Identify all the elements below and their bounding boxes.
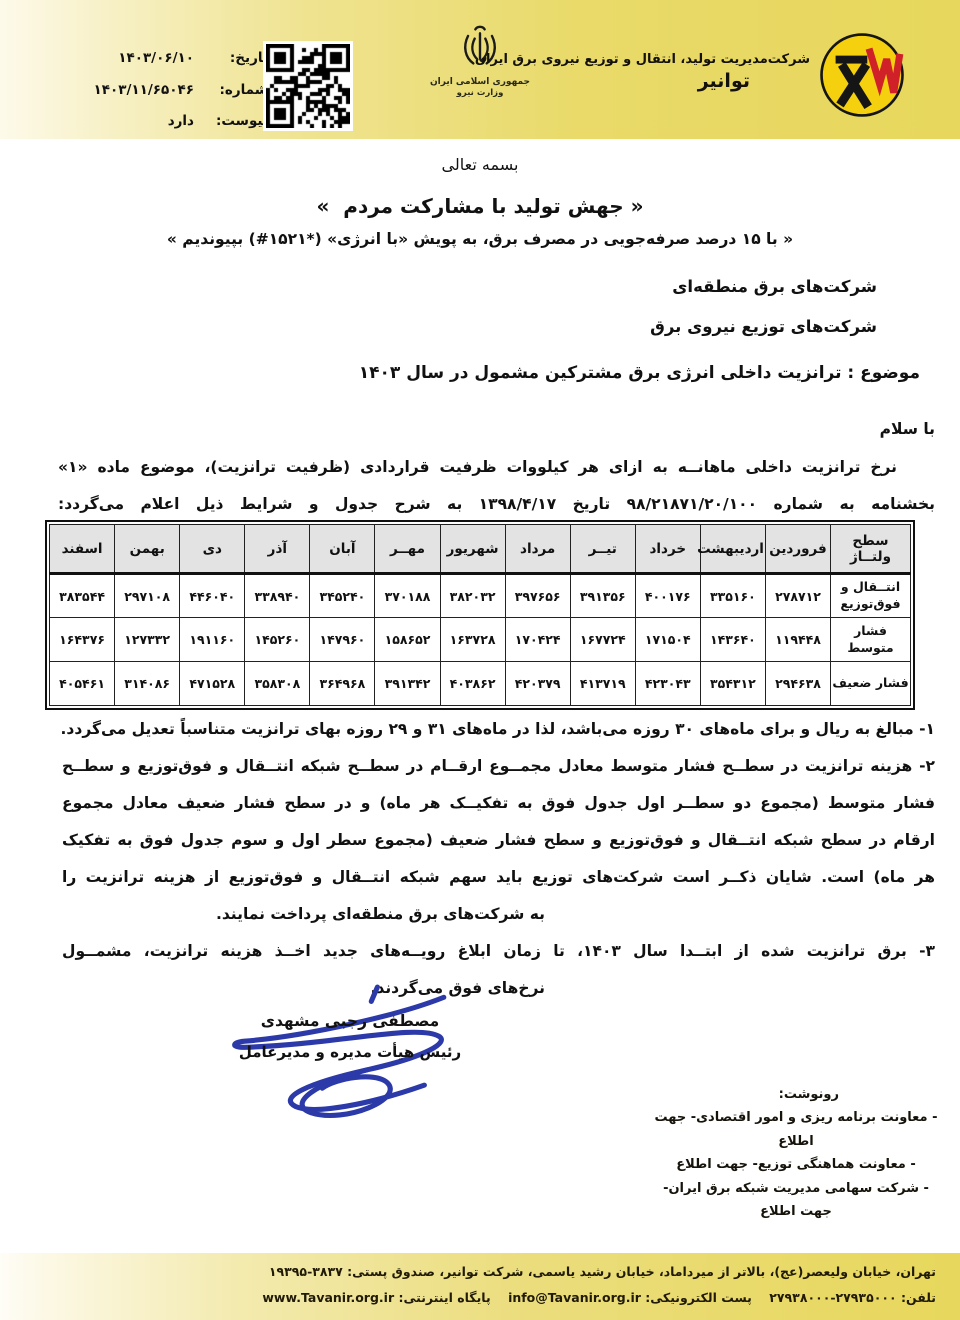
footer-address: تهران، خیابان ولیعصر(عج)، بالاتر از میرد…: [269, 1264, 936, 1279]
table-header-row: سطح ولتــاژفروردیناردیبهشتخردادتیــرمردا…: [50, 525, 911, 574]
rate-table: سطح ولتــاژفروردیناردیبهشتخردادتیــرمردا…: [49, 524, 911, 706]
rate-cell: ۱۲۷۳۳۲: [115, 618, 180, 662]
rate-cell: ۴۰۰۱۷۶: [635, 574, 700, 618]
row-label-3: فشار ضعیف: [831, 662, 911, 706]
notes-section: ۱- مبالغ به ریال و برای ماه‌های ۳۰ روزه …: [62, 711, 935, 1007]
month-header-8: آبان: [310, 525, 375, 574]
note-2-line-1: ۲- هزینه ترانزیت در سطــح فشار متوسط معا…: [62, 748, 935, 785]
rate-cell: ۳۵۴۳۱۲: [700, 662, 765, 706]
month-header-3: خرداد: [635, 525, 700, 574]
attachment-value: دارد: [168, 113, 194, 129]
rate-cell: ۱۱۹۴۴۸: [765, 618, 830, 662]
table-corner-header: سطح ولتــاژ: [831, 525, 911, 574]
month-header-12: اسفند: [50, 525, 115, 574]
rate-cell: ۱۶۴۳۷۶: [50, 618, 115, 662]
number-value: ۱۴۰۳/۱۱/۶۵۰۴۶: [94, 82, 195, 98]
rate-cell: ۳۱۴۰۸۶: [115, 662, 180, 706]
month-header-2: اردیبهشت: [700, 525, 765, 574]
meta-attachment-row: پیوست: دارد: [40, 113, 268, 139]
rate-cell: ۳۹۱۳۴۲: [375, 662, 440, 706]
footer-band: تهران، خیابان ولیعصر(عج)، بالاتر از میرد…: [0, 1253, 960, 1320]
greeting: با سلام: [880, 420, 935, 438]
footer-contacts: تلفن: ۲۷۹۳۵۰۰۰-۲۷۹۳۸۰۰۰ پست الکترونیکی: …: [262, 1290, 936, 1305]
rate-cell: ۴۲۰۳۷۹: [505, 662, 570, 706]
row-label-2: فشار متوسط: [831, 618, 911, 662]
rate-table-wrapper: سطح ولتــاژفروردیناردیبهشتخردادتیــرمردا…: [45, 520, 915, 710]
letter-page: { "letterhead": { "date_label": "تاریخ:"…: [0, 0, 960, 1320]
rate-cell: ۳۸۳۵۴۴: [50, 574, 115, 618]
cc-item-2: - معاونت هماهنگی توزیع- جهت اطلاع: [653, 1153, 939, 1177]
rate-cell: ۳۹۱۳۵۶: [570, 574, 635, 618]
rate-cell: ۴۰۵۴۶۱: [50, 662, 115, 706]
signature-block: مصطفی رجبی مشهدی رئیس هیأت مدیره و مدیرع…: [200, 1012, 500, 1061]
slogan-main: « جهش تولید با مشارکت مردم »: [0, 194, 960, 218]
month-header-4: تیــر: [570, 525, 635, 574]
cc-item-3: - شرکت سهامی مدیریت شبکه برق ایران- جهت …: [653, 1177, 939, 1224]
meta-date-row: تاریخ: ۱۴۰۳/۰۶/۱۰: [40, 50, 268, 76]
qr-code: [263, 41, 353, 131]
rate-cell: ۱۵۸۶۵۲: [375, 618, 440, 662]
bismillah: بسمه تعالی: [0, 155, 960, 174]
tavanir-logo: [818, 31, 906, 119]
rate-cell: ۱۷۱۵۰۴: [635, 618, 700, 662]
rate-cell: ۱۷۰۴۲۴: [505, 618, 570, 662]
rate-cell: ۳۴۵۲۴۰: [310, 574, 375, 618]
note-2-line-4: هر ماه) است. شایان ذکــر است شرکت‌های تو…: [62, 859, 935, 896]
rate-cell: ۱۹۱۱۶۰: [180, 618, 245, 662]
qr-code-canvas: [266, 44, 350, 128]
month-header-7: مهــر: [375, 525, 440, 574]
month-header-11: بهمن: [115, 525, 180, 574]
table-row: فشار ضعیف۲۹۴۶۳۸۳۵۴۳۱۲۴۲۳۰۴۳۴۱۳۷۱۹۴۲۰۳۷۹۴…: [50, 662, 911, 706]
company-name-block: شرکت‌مدیریت تولید، انتقال و توزیع نیروی …: [475, 52, 810, 92]
cc-label: رونوشت:: [653, 1084, 939, 1106]
rate-cell: ۱۶۳۷۲۸: [440, 618, 505, 662]
attachment-label: پیوست:: [216, 113, 268, 129]
intro-paragraph: نرخ ترانزیت داخلی ماهانــه به ازای هر کی…: [58, 449, 935, 523]
addressee-distribution-companies: شرکت‌های توزیع نیروی برق: [650, 317, 877, 336]
date-value: ۱۴۰۳/۰۶/۱۰: [118, 50, 194, 66]
note-2-line-5: به شرکت‌های برق منطقه‌ای پرداخت نمایند.: [62, 896, 545, 933]
rate-cell: ۴۱۳۷۱۹: [570, 662, 635, 706]
table-row: فشار متوسط۱۱۹۴۴۸۱۴۳۶۴۰۱۷۱۵۰۴۱۶۷۷۲۴۱۷۰۴۲۴…: [50, 618, 911, 662]
rate-cell: ۲۷۸۷۱۲: [765, 574, 830, 618]
subject-line: موضوع : ترانزیت داخلی انرژی برق مشترکین …: [359, 363, 920, 383]
rate-cell: ۴۲۳۰۴۳: [635, 662, 700, 706]
rate-cell: ۴۷۱۵۲۸: [180, 662, 245, 706]
table-row: انتــقال و فوق‌توزیع۲۷۸۷۱۲۳۳۵۱۶۰۴۰۰۱۷۶۳۹…: [50, 574, 911, 618]
addressee-regional-companies: شرکت‌های برق منطقه‌ای: [672, 277, 877, 296]
note-2-line-3: ارقام در سطح شبکه انتــقال و فوق‌توزیع و…: [62, 822, 935, 859]
rate-cell: ۴۴۶۰۴۰: [180, 574, 245, 618]
month-header-1: فروردین: [765, 525, 830, 574]
rate-cell: ۱۴۷۹۶۰: [310, 618, 375, 662]
month-header-6: شهریور: [440, 525, 505, 574]
intro-line-1: نرخ ترانزیت داخلی ماهانــه به ازای هر کی…: [58, 449, 897, 486]
cc-item-1: - معاونت برنامه ریزی و امور اقتصادی- جهت…: [653, 1106, 939, 1153]
note-3-line-1: ۳- برق ترانزیت شده از ابتــدا سال ۱۴۰۳، …: [62, 933, 935, 970]
month-header-5: مرداد: [505, 525, 570, 574]
rate-cell: ۴۰۳۸۶۲: [440, 662, 505, 706]
rate-cell: ۱۴۳۶۴۰: [700, 618, 765, 662]
rate-cell: ۳۸۲۰۳۲: [440, 574, 505, 618]
rate-cell: ۳۹۷۶۵۶: [505, 574, 570, 618]
signatory-name: مصطفی رجبی مشهدی: [200, 1012, 500, 1030]
rate-cell: ۳۵۸۳۰۸: [245, 662, 310, 706]
company-short-name: توانیر: [475, 70, 810, 92]
rate-cell: ۳۷۰۱۸۸: [375, 574, 440, 618]
slogan-sub: « با ۱۵ درصد صرفه‌جویی در مصرف برق، به پ…: [0, 230, 960, 248]
cc-items: - معاونت برنامه ریزی و امور اقتصادی- جهت…: [653, 1106, 939, 1224]
rate-cell: ۳۳۵۱۶۰: [700, 574, 765, 618]
note-2-line-2: فشار متوسط (مجموع دو سطــر اول جدول فوق …: [62, 785, 935, 822]
month-header-10: دی: [180, 525, 245, 574]
month-header-9: آذر: [245, 525, 310, 574]
rate-cell: ۲۹۴۶۳۸: [765, 662, 830, 706]
meta-number-row: شماره: ۱۴۰۳/۱۱/۶۵۰۴۶: [40, 82, 268, 108]
rate-cell: ۱۶۷۷۲۴: [570, 618, 635, 662]
signatory-title: رئیس هیأت مدیره و مدیرعامل: [200, 1043, 500, 1061]
company-name: شرکت‌مدیریت تولید، انتقال و توزیع نیروی …: [475, 52, 810, 67]
row-label-1: انتــقال و فوق‌توزیع: [831, 574, 911, 618]
rate-cell: ۳۶۴۹۶۸: [310, 662, 375, 706]
letterhead-band: تاریخ: ۱۴۰۳/۰۶/۱۰ شماره: ۱۴۰۳/۱۱/۶۵۰۴۶ پ…: [0, 0, 960, 139]
note-1-line-1: ۱- مبالغ به ریال و برای ماه‌های ۳۰ روزه …: [62, 711, 935, 748]
rate-cell: ۳۳۸۹۴۰: [245, 574, 310, 618]
intro-line-2: بخشنامه به شماره ۹۸/۲۱۸۷۱/۲۰/۱۰۰ تاریخ ۱…: [58, 486, 935, 523]
rate-cell: ۲۹۷۱۰۸: [115, 574, 180, 618]
rate-cell: ۱۴۵۲۶۰: [245, 618, 310, 662]
tavanir-logo-icon: [818, 31, 906, 119]
number-label: شماره:: [219, 82, 268, 98]
cc-section: رونوشت: - معاونت برنامه ریزی و امور اقتص…: [653, 1084, 939, 1224]
